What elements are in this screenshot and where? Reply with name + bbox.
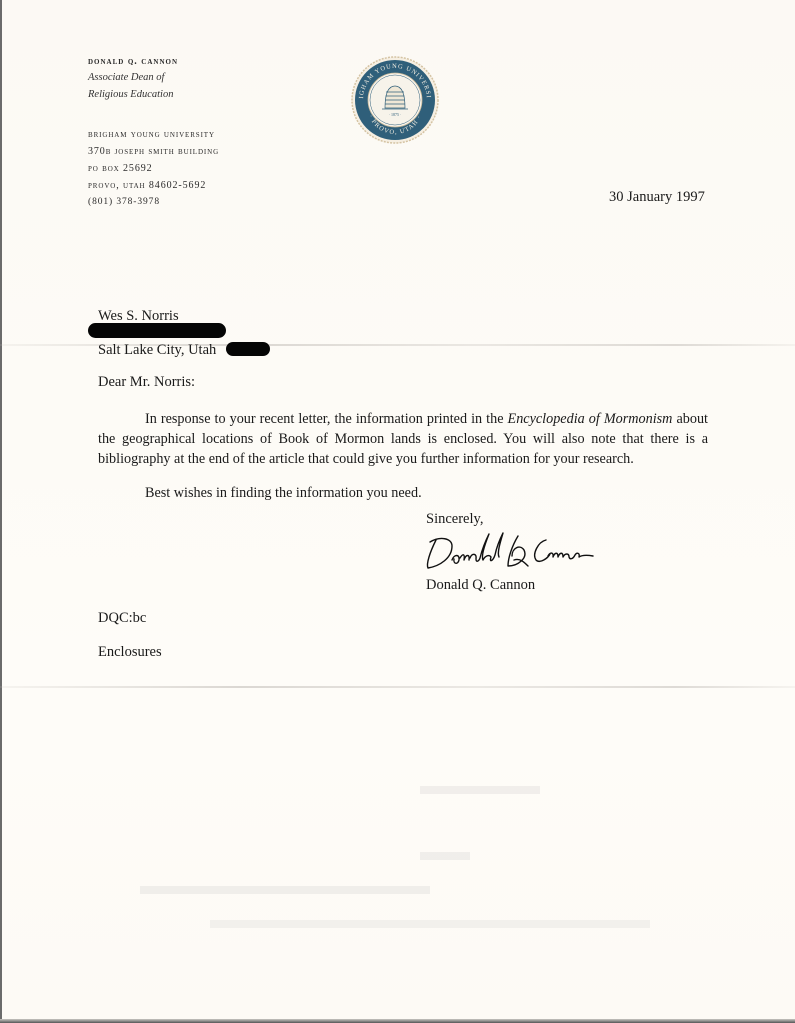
salutation: Dear Mr. Norris: — [98, 374, 195, 391]
address-line-phone: (801) 378-3978 — [88, 194, 219, 211]
closing: Sincerely, — [426, 511, 483, 528]
show-through-marks — [140, 886, 430, 894]
redaction-street-address — [88, 323, 226, 338]
page-edge-bottom — [0, 1019, 795, 1023]
letterhead-name: Donald Q. Cannon — [88, 56, 178, 67]
body-paragraph-2: Best wishes in finding the information y… — [98, 483, 708, 503]
show-through-marks — [420, 786, 540, 794]
letter-date: 30 January 1997 — [609, 189, 705, 206]
letterhead-title-line1: Associate Dean of — [88, 69, 178, 86]
university-seal-icon: BRIGHAM YOUNG UNIVERSITY · PROVO, UTAH ·… — [351, 56, 439, 144]
page-edge-left — [0, 0, 2, 1023]
letterhead: Donald Q. Cannon Associate Dean of Relig… — [88, 56, 178, 103]
reference-initials: DQC:bc — [98, 610, 146, 627]
address-line: Provo, Utah 84602-5692 — [88, 177, 219, 194]
svg-text:· 1875 ·: · 1875 · — [389, 112, 402, 117]
paragraph-text: In response to your recent letter, the i… — [145, 411, 508, 427]
address-line: Brigham Young University — [88, 126, 219, 143]
signer-name: Donald Q. Cannon — [426, 577, 535, 594]
redaction-zip-code — [226, 342, 270, 356]
show-through-marks — [210, 920, 650, 928]
book-title: Encyclopedia of Mormonism — [508, 411, 673, 427]
letterhead-name-text: Donald Q. Cannon — [88, 56, 178, 67]
recipient-city-state: Salt Lake City, Utah — [98, 342, 216, 359]
letter-page: Donald Q. Cannon Associate Dean of Relig… — [0, 0, 795, 1023]
body-paragraph-1: In response to your recent letter, the i… — [98, 409, 708, 469]
show-through-marks — [420, 852, 470, 860]
letterhead-title-line2: Religious Education — [88, 86, 178, 103]
enclosures-note: Enclosures — [98, 644, 162, 661]
fold-line-lower — [0, 686, 795, 688]
address-line: PO Box 25692 — [88, 160, 219, 177]
address-line: 370B Joseph Smith Building — [88, 143, 219, 160]
letterhead-address: Brigham Young University 370B Joseph Smi… — [88, 126, 219, 211]
signature-image — [422, 530, 612, 572]
letter-body: In response to your recent letter, the i… — [98, 409, 708, 517]
